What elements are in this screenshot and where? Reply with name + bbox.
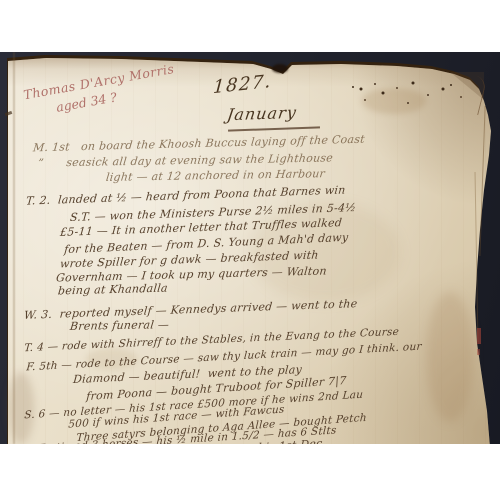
manuscript-photo: Thomas D'Arcy Morris aged 34 ? 1827. Jan… — [0, 52, 500, 444]
journal-line: being at Khandalla — [57, 283, 168, 297]
month-heading: January — [226, 105, 298, 124]
ink-specks — [352, 86, 354, 88]
journal-line: Brents funeral — — [69, 319, 169, 332]
edge-mark — [477, 328, 481, 344]
